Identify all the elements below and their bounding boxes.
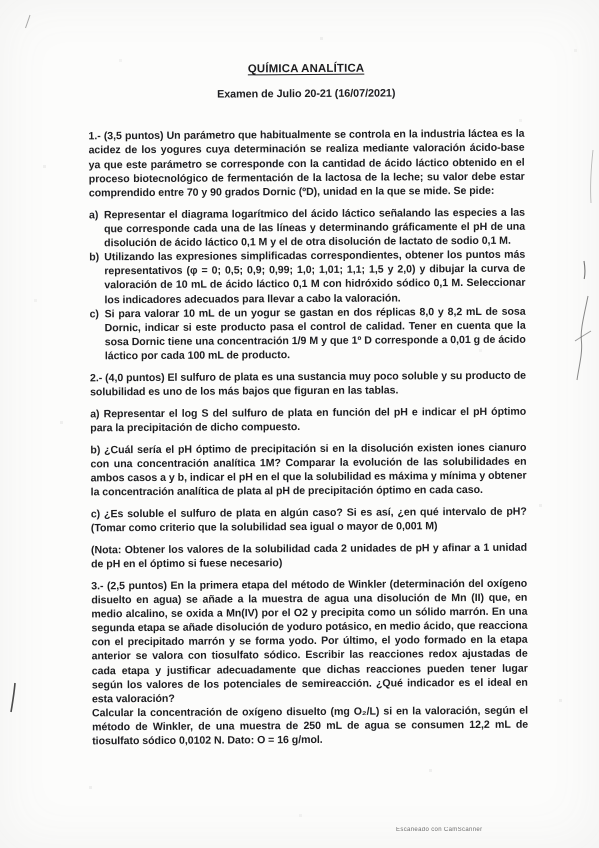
scan-stroke-right-edge — [591, 150, 593, 203]
question-3-calculation: Calcular la concentración de oxígeno dis… — [92, 704, 528, 749]
question-1-items: a) Representar el diagrama logarítmico d… — [89, 205, 526, 363]
question-2-item-a: a) Representar el log S del sulfuro de p… — [90, 405, 526, 436]
question-3-intro: 3.- (2,5 puntos) En la primera etapa del… — [91, 576, 528, 706]
item-text: Si para valorar 10 mL de un yogur se gas… — [105, 304, 526, 363]
pen-mark-left — [11, 683, 15, 712]
page-subtitle: Examen de Julio 20-21 (16/07/2021) — [88, 86, 524, 103]
pen-mark-top-left — [26, 15, 31, 28]
item-marker: b) — [89, 250, 104, 307]
scan-noise — [0, 0, 1, 1]
question-1-item-c: c) Si para valorar 10 mL de un yogur se … — [90, 304, 526, 363]
item-text: Representar el diagrama logarítmico del … — [104, 205, 525, 250]
page-title: QUÍMICA ANALÍTICA — [88, 61, 524, 78]
question-2-note: (Nota: Obtener los valores de la solubil… — [91, 541, 527, 572]
question-2-intro: 2.- (4,0 puntos) El sulfuro de plata es … — [90, 369, 526, 400]
scan-stroke-right-curve — [577, 296, 588, 380]
question-1-item-b: b) Utilizando las expresiones simplifica… — [89, 248, 525, 307]
camscanner-watermark: Escaneado con CamScanner — [396, 827, 482, 833]
question-2-item-c: c) ¿Es soluble el sulfuro de plata en al… — [91, 505, 527, 536]
question-1-intro: 1.- (3,5 puntos) Un parámetro que habitu… — [88, 127, 524, 200]
scan-stroke-right-dash — [584, 261, 585, 279]
question-2-item-b: b) ¿Cuál sería el pH óptimo de precipita… — [90, 441, 526, 500]
item-text: Utilizando las expresiones simplificadas… — [104, 248, 525, 307]
paper-sheet: QUÍMICA ANALÍTICA Examen de Julio 20-21 … — [0, 0, 599, 848]
question-1-item-a: a) Representar el diagrama logarítmico d… — [89, 205, 525, 250]
scanned-exam-page: { "doc": { "title": "QUÍMICA ANALÍTICA",… — [0, 0, 599, 848]
item-marker: a) — [89, 208, 104, 251]
scan-stroke-right-cross — [575, 331, 591, 341]
item-marker: c) — [90, 307, 105, 364]
exam-content: QUÍMICA ANALÍTICA Examen de Julio 20-21 … — [88, 55, 528, 757]
